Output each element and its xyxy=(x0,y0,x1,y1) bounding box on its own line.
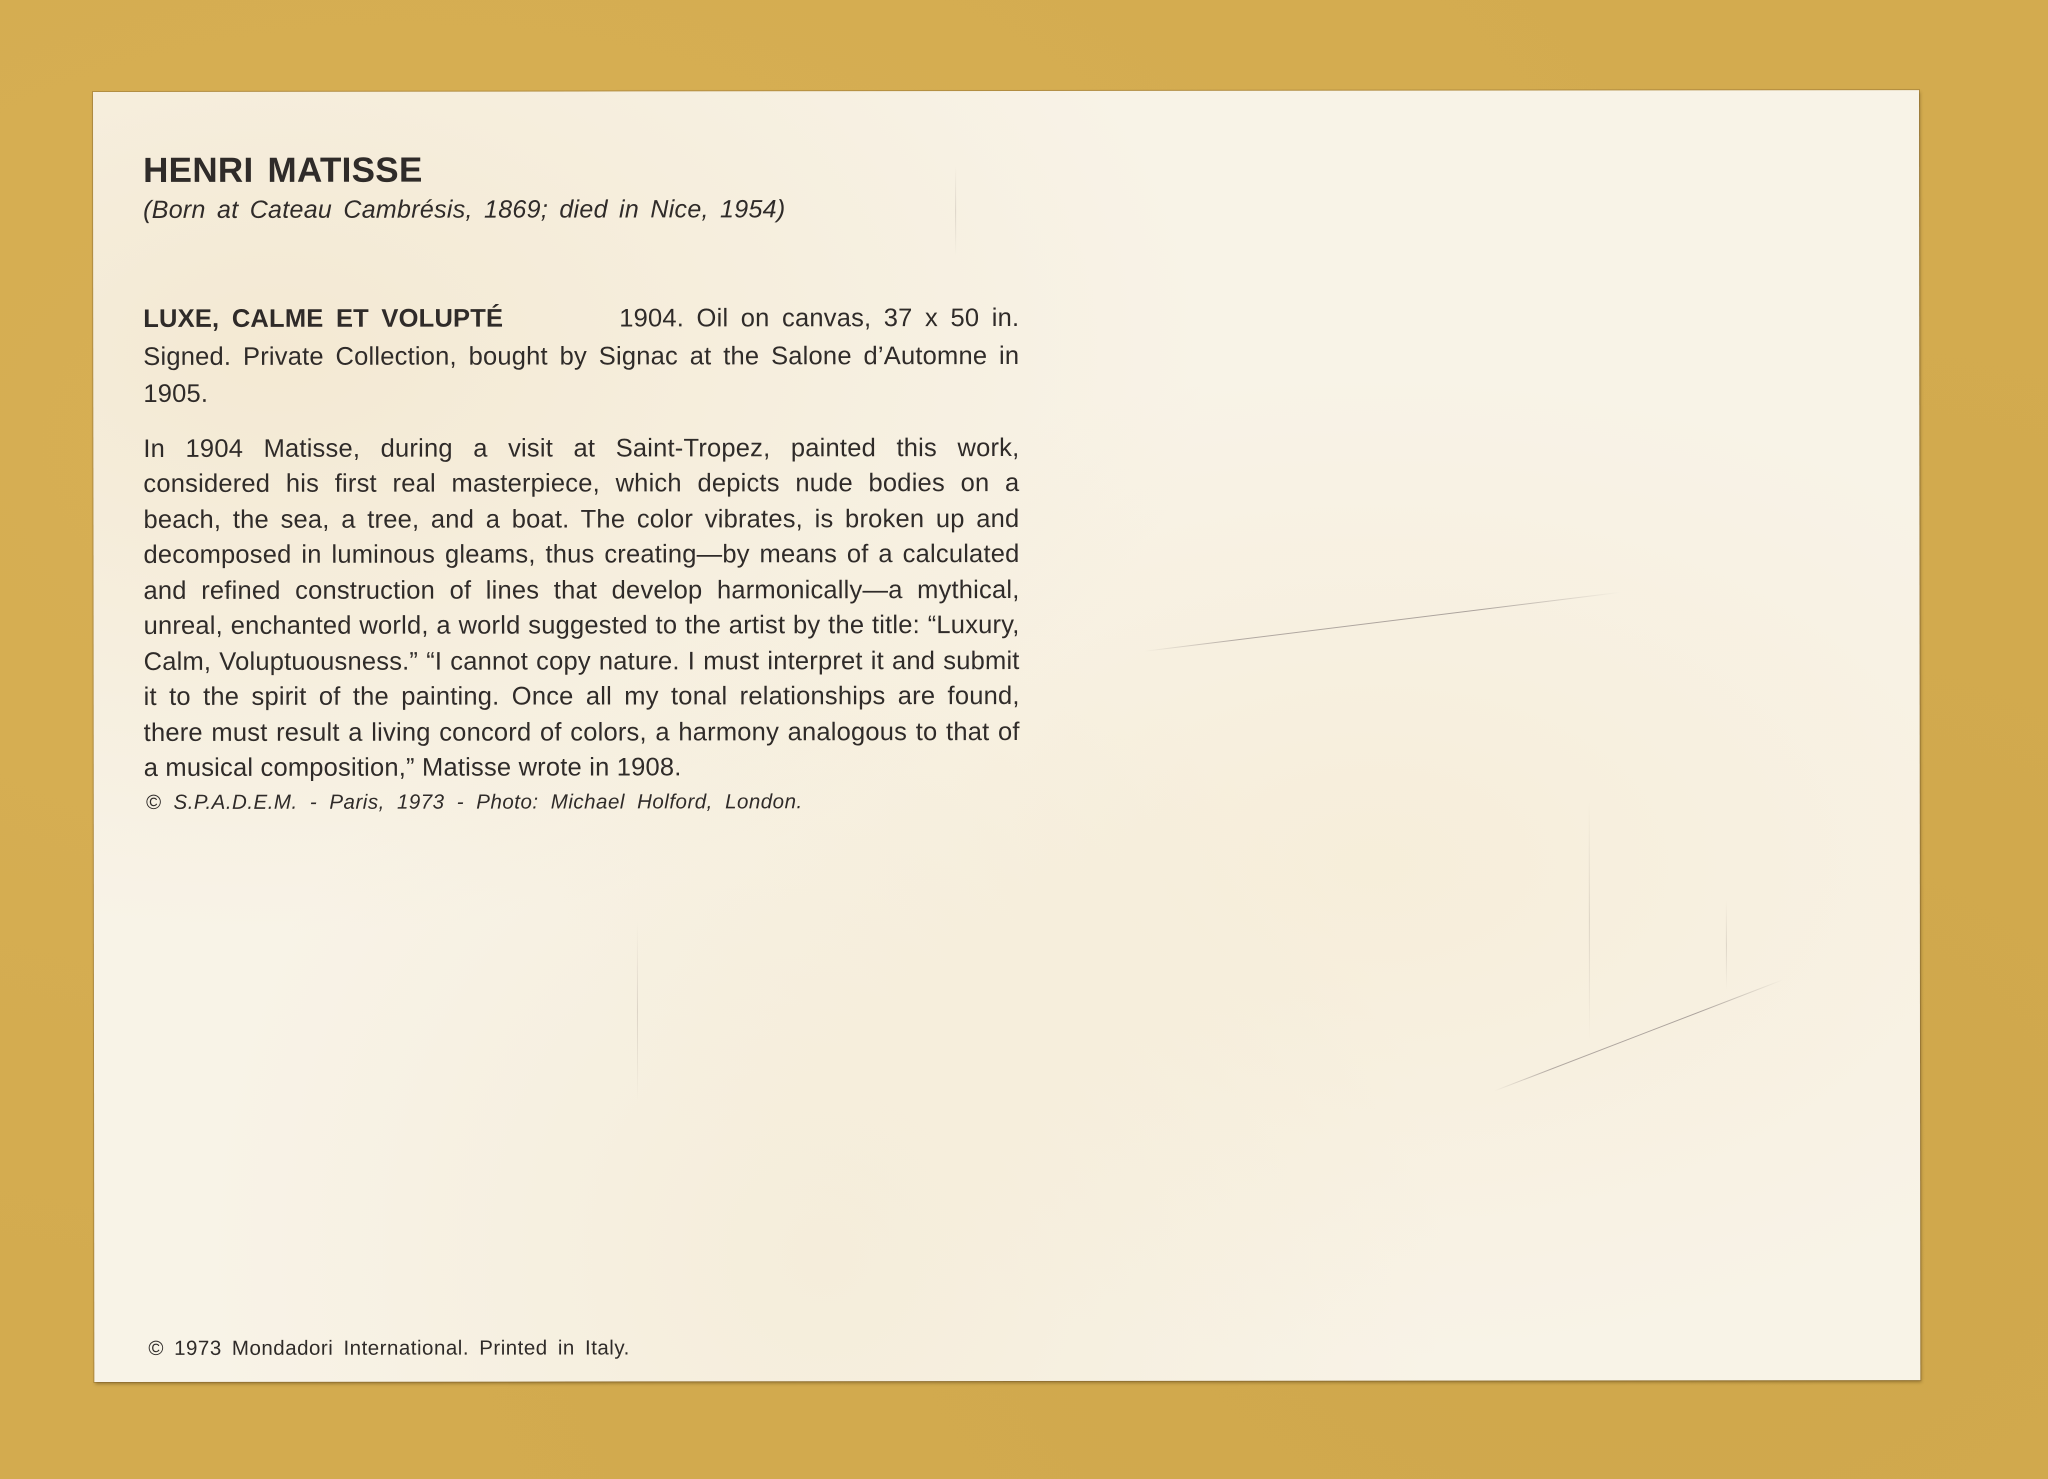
text-column: HENRI MATISSE (Born at Cateau Cambrésis,… xyxy=(143,151,1020,816)
paper-crease xyxy=(1589,800,1590,1040)
postcard-back: HENRI MATISSE (Born at Cateau Cambrésis,… xyxy=(93,90,1920,1382)
paper-crease xyxy=(1726,900,1727,990)
artist-name: HENRI MATISSE xyxy=(143,151,1019,190)
photo-credit: © S.P.A.D.E.M. - Paris, 1973 - Photo: Mi… xyxy=(144,788,1020,817)
description-paragraph: In 1904 Matisse, during a visit at Saint… xyxy=(143,431,1019,787)
paper-scratch xyxy=(1144,592,1620,652)
work-title: LUXE, CALME ET VOLUPTÉ xyxy=(143,305,503,333)
paper-crease xyxy=(637,921,638,1101)
publisher-footer: © 1973 Mondadori International. Printed … xyxy=(148,1336,629,1361)
work-info: LUXE, CALME ET VOLUPTÉ1904. Oil on canva… xyxy=(143,300,1019,413)
artist-dates: (Born at Cateau Cambrésis, 1869; died in… xyxy=(143,193,1019,226)
paper-scratch xyxy=(1494,979,1784,1091)
paper-crease xyxy=(955,166,956,256)
